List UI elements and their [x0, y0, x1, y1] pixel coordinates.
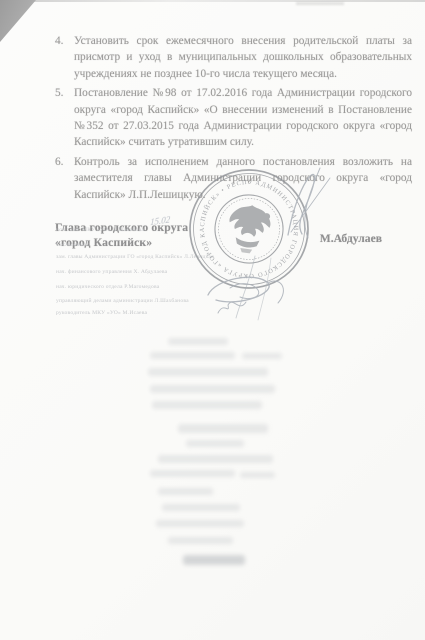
visa-executor: исп.: зам. МКУ «УО» Л.Шабанова [56, 227, 144, 234]
bleedthrough-artifact [240, 472, 275, 478]
bleedthrough-artifact [150, 470, 235, 477]
bleedthrough-artifact [186, 440, 244, 447]
signoff-name: М.Абдулаев [320, 220, 382, 246]
bleedthrough-artifact [158, 488, 213, 495]
bleedthrough-artifact [150, 385, 275, 393]
list-number: 5. [55, 85, 74, 151]
bleedthrough-artifact [162, 504, 240, 511]
bleedthrough-artifact [148, 368, 268, 376]
stamp-seal-graphic: АДМИНИСТРАЦИЯ ГОРОДСКОГО ОКРУГА «ГОРОД К… [179, 159, 319, 299]
visa-line: руководитель МКУ «УО» М.Исаева [56, 310, 147, 317]
stamp-emblem-eagle [225, 202, 273, 255]
visa-line: нач. юридического отдела Р.Магомедова [56, 284, 159, 291]
bleedthrough-artifact [183, 555, 245, 565]
list-number: 6. [55, 154, 74, 203]
bleedthrough-artifact [152, 401, 262, 409]
visa-agreed-label: Согласовано: [56, 242, 90, 249]
visa-line: управляющий делами администрации Л.Шахба… [56, 298, 189, 305]
scanned-page: 4. Установить срок ежемесячного внесения… [0, 0, 425, 640]
list-item: 4. Установить срок ежемесячного внесения… [55, 33, 412, 82]
visa-line: нач. финансового управления Х. Абдулаева [56, 269, 167, 276]
bleedthrough-artifact [178, 424, 268, 433]
bleedthrough-artifact [158, 455, 273, 463]
list-number: 4. [55, 33, 74, 82]
official-stamp: АДМИНИСТРАЦИЯ ГОРОДСКОГО ОКРУГА «ГОРОД К… [179, 159, 319, 299]
bleedthrough-artifact [168, 338, 228, 345]
bleedthrough-artifact [242, 353, 282, 359]
list-text: Установить срок ежемесячного внесения ро… [74, 33, 412, 82]
bleedthrough-artifact [156, 520, 244, 527]
list-item: 5. Постановление №98 от 17.02.2016 года … [55, 85, 412, 151]
bleedthrough-artifact [150, 352, 235, 359]
signature-small [218, 302, 246, 313]
list-text: Постановление №98 от 17.02.2016 года Адм… [74, 85, 412, 151]
bleedthrough-artifact [168, 537, 233, 544]
